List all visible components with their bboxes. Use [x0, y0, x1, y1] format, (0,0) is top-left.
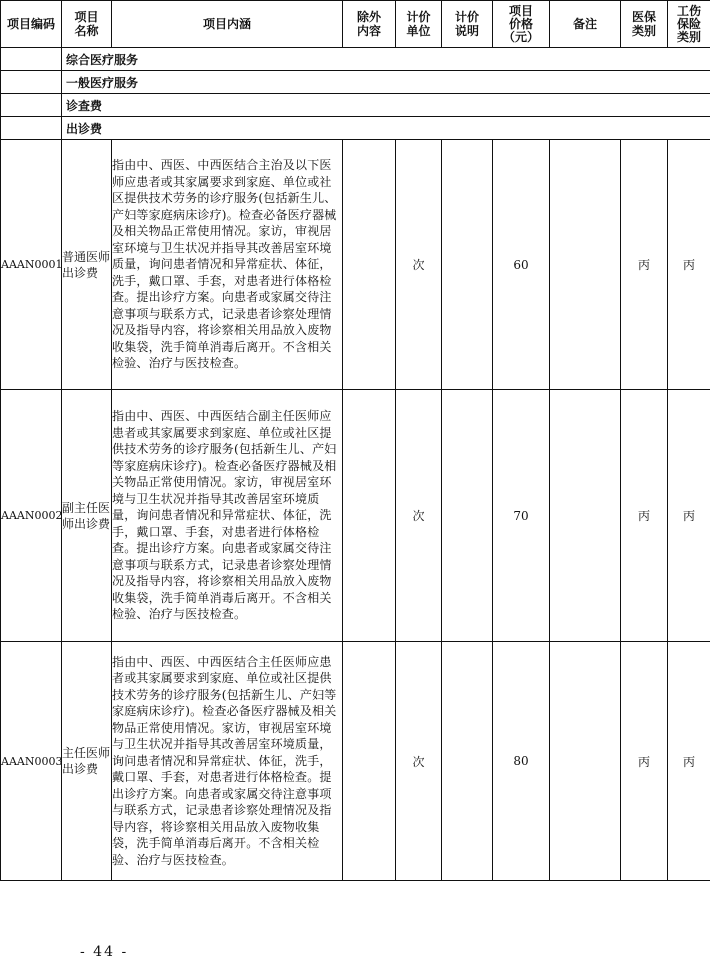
item-insurance-class: 丙 — [621, 140, 668, 390]
section-label: 出诊费 — [62, 117, 710, 140]
item-name: 副主任医师出诊费 — [62, 390, 112, 642]
item-injury-class: 丙 — [668, 642, 710, 881]
header-exclusions: 除外内容 — [343, 1, 396, 48]
item-remark — [550, 390, 621, 642]
header-price: 项目价格（元） — [493, 1, 550, 48]
section-code-cell — [1, 71, 62, 94]
item-injury-class: 丙 — [668, 390, 710, 642]
section-row: 诊查费 — [1, 94, 710, 117]
item-unit: 次 — [396, 390, 442, 642]
section-code-cell — [1, 117, 62, 140]
item-remark — [550, 140, 621, 390]
item-price: 60 — [493, 140, 550, 390]
item-injury-class: 丙 — [668, 140, 710, 390]
header-unit: 计价单位 — [396, 1, 442, 48]
page-number: - 44 - — [80, 944, 128, 960]
header-remark: 备注 — [550, 1, 621, 48]
item-pricing-note — [442, 642, 493, 881]
item-name: 普通医师出诊费 — [62, 140, 112, 390]
header-pricing-note: 计价说明 — [442, 1, 493, 48]
item-code: AAAN0001 — [1, 140, 62, 390]
header-code: 项目编码 — [1, 1, 62, 48]
item-unit: 次 — [396, 642, 442, 881]
item-pricing-note — [442, 140, 493, 390]
item-exclusions — [343, 390, 396, 642]
item-code: AAAN0002 — [1, 390, 62, 642]
section-code-cell — [1, 48, 62, 71]
item-code: AAAN0003 — [1, 642, 62, 881]
header-row: 项目编码 项目名称 项目内涵 除外内容 计价单位 计价说明 项目价格（元） 备注… — [1, 1, 710, 48]
section-label: 一般医疗服务 — [62, 71, 710, 94]
header-content: 项目内涵 — [112, 1, 343, 48]
item-price: 70 — [493, 390, 550, 642]
section-label: 诊查费 — [62, 94, 710, 117]
item-insurance-class: 丙 — [621, 642, 668, 881]
header-name: 项目名称 — [62, 1, 112, 48]
table-row: AAAN0001 普通医师出诊费 指由中、西医、中西医结合主治及以下医师应患者或… — [1, 140, 710, 390]
section-row: 一般医疗服务 — [1, 71, 710, 94]
item-remark — [550, 642, 621, 881]
fee-schedule-table: 项目编码 项目名称 项目内涵 除外内容 计价单位 计价说明 项目价格（元） 备注… — [0, 0, 710, 881]
item-exclusions — [343, 642, 396, 881]
item-insurance-class: 丙 — [621, 390, 668, 642]
header-insurance-class: 医保类别 — [621, 1, 668, 48]
item-exclusions — [343, 140, 396, 390]
table-row: AAAN0002 副主任医师出诊费 指由中、西医、中西医结合副主任医师应患者或其… — [1, 390, 710, 642]
table-row: AAAN0003 主任医师出诊费 指由中、西医、中西医结合主任医师应患者或其家属… — [1, 642, 710, 881]
header-injury-class: 工伤保险类别 — [668, 1, 710, 48]
section-label: 综合医疗服务 — [62, 48, 710, 71]
item-content: 指由中、西医、中西医结合主治及以下医师应患者或其家属要求到家庭、单位或社区提供技… — [112, 140, 343, 390]
item-price: 80 — [493, 642, 550, 881]
section-row: 出诊费 — [1, 117, 710, 140]
item-name: 主任医师出诊费 — [62, 642, 112, 881]
item-pricing-note — [442, 390, 493, 642]
item-content: 指由中、西医、中西医结合副主任医师应患者或其家属要求到家庭、单位或社区提供技术劳… — [112, 390, 343, 642]
item-content: 指由中、西医、中西医结合主任医师应患者或其家属要求到家庭、单位或社区提供技术劳务… — [112, 642, 343, 881]
item-unit: 次 — [396, 140, 442, 390]
section-row: 综合医疗服务 — [1, 48, 710, 71]
section-code-cell — [1, 94, 62, 117]
